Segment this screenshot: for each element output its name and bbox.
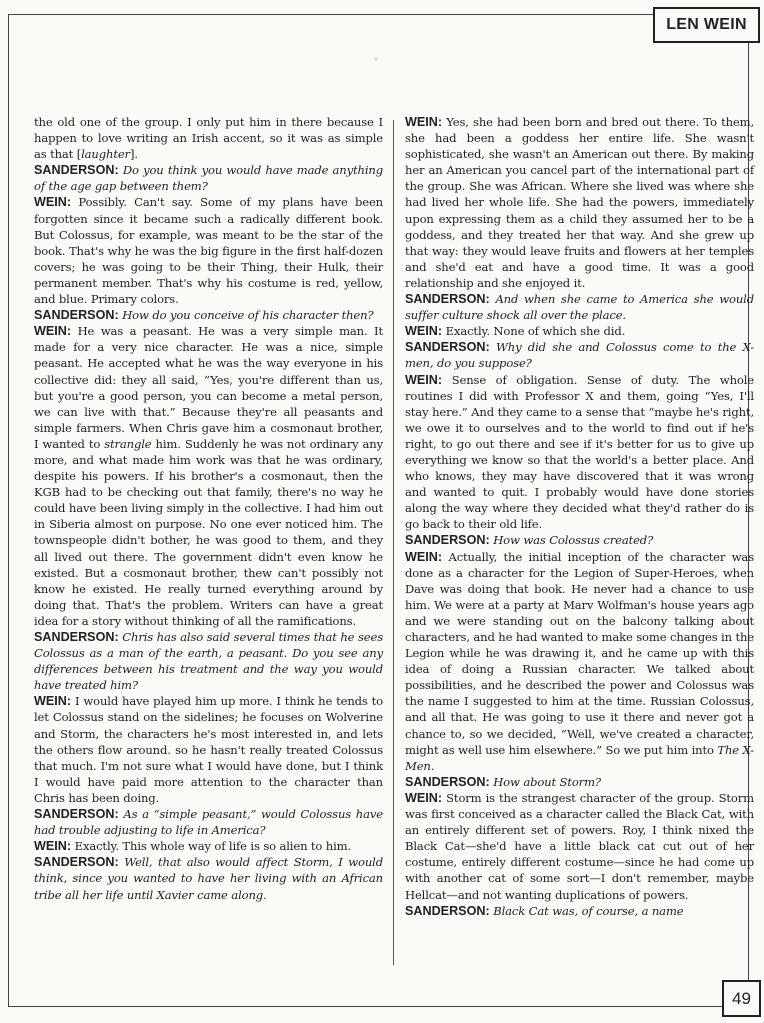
- speaker-label: SANDERSON:: [405, 340, 490, 354]
- speaker-label: WEIN:: [34, 195, 71, 209]
- question-paragraph: SANDERSON: Well, that also would affect …: [34, 854, 383, 902]
- speaker-label: WEIN:: [34, 839, 71, 853]
- speaker-label: WEIN:: [34, 324, 71, 338]
- answer-paragraph: WEIN: I would have played him up more. I…: [34, 693, 383, 806]
- answer-paragraph: WEIN: Storm is the strangest character o…: [405, 790, 754, 903]
- running-header-title: LEN WEIN: [666, 16, 747, 34]
- left-column: the old one of the group. I only put him…: [34, 114, 383, 903]
- answer-paragraph: WEIN: Actually, the initial inception of…: [405, 549, 754, 774]
- paragraph: the old one of the group. I only put him…: [34, 114, 383, 162]
- question-paragraph: SANDERSON: And when she came to America …: [405, 291, 754, 323]
- speaker-label: SANDERSON:: [405, 904, 490, 918]
- scan-speck: [375, 58, 377, 60]
- answer-paragraph: WEIN: Yes, she had been born and bred ou…: [405, 114, 754, 291]
- speaker-label: SANDERSON:: [405, 533, 490, 547]
- speaker-label: WEIN:: [405, 324, 442, 338]
- speaker-label: WEIN:: [34, 694, 71, 708]
- running-header: LEN WEIN: [653, 7, 760, 43]
- speaker-label: SANDERSON:: [405, 775, 490, 789]
- speaker-label: WEIN:: [405, 373, 442, 387]
- answer-paragraph: WEIN: Exactly. None of which she did.: [405, 323, 754, 339]
- question-paragraph: SANDERSON: How do you conceive of his ch…: [34, 307, 383, 323]
- question-paragraph: SANDERSON: How was Colossus created?: [405, 532, 754, 548]
- speaker-label: SANDERSON:: [405, 292, 490, 306]
- speaker-label: SANDERSON:: [34, 308, 119, 322]
- right-column: WEIN: Yes, she had been born and bred ou…: [405, 114, 754, 919]
- page-number: 49: [732, 989, 751, 1009]
- page-frame-bottom-rule: [8, 1006, 723, 1007]
- answer-paragraph: WEIN: He was a peasant. He was a very si…: [34, 323, 383, 629]
- page-frame-top-rule: [8, 14, 654, 15]
- question-paragraph: SANDERSON: As a “simple peasant,” would …: [34, 806, 383, 838]
- question-paragraph: SANDERSON: Black Cat was, of course, a n…: [405, 903, 754, 919]
- answer-paragraph: WEIN: Exactly. This whole way of life is…: [34, 838, 383, 854]
- speaker-label: WEIN:: [405, 791, 442, 805]
- speaker-label: SANDERSON:: [34, 855, 119, 869]
- column-divider: [393, 120, 394, 965]
- speaker-label: SANDERSON:: [34, 163, 119, 177]
- answer-paragraph: WEIN: Possibly. Can't say. Some of my pl…: [34, 194, 383, 307]
- question-paragraph: SANDERSON: How about Storm?: [405, 774, 754, 790]
- speaker-label: SANDERSON:: [34, 630, 119, 644]
- question-paragraph: SANDERSON: Do you think you would have m…: [34, 162, 383, 194]
- answer-paragraph: WEIN: Sense of obligation. Sense of duty…: [405, 372, 754, 533]
- page-frame-left-rule: [8, 14, 9, 1007]
- speaker-label: WEIN:: [405, 115, 442, 129]
- speaker-label: WEIN:: [405, 550, 442, 564]
- question-paragraph: SANDERSON: Why did she and Colossus come…: [405, 339, 754, 371]
- speaker-label: SANDERSON:: [34, 807, 119, 821]
- question-paragraph: SANDERSON: Chris has also said several t…: [34, 629, 383, 693]
- page-number-box: 49: [722, 980, 761, 1017]
